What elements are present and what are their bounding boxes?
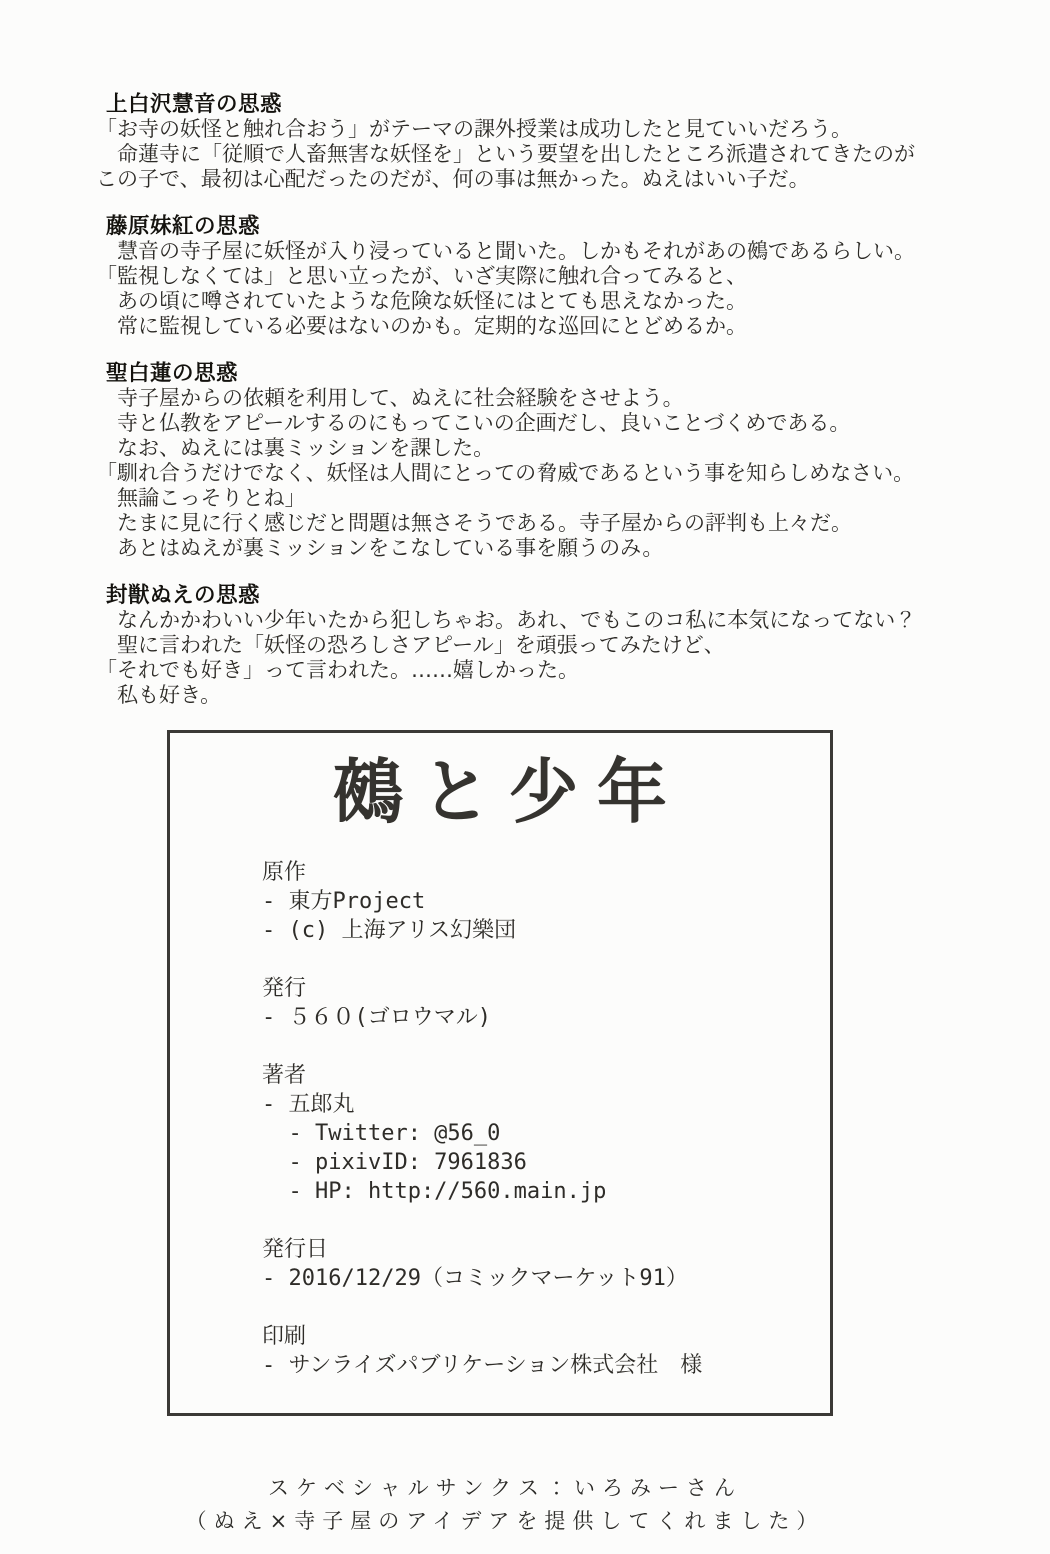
- special-thanks-line1: スケベシャルサンクス：いろみーさん: [0, 1472, 1010, 1505]
- text-line: あの頃に噂されていたような危険な妖怪にはとても思えなかった。: [96, 289, 996, 314]
- group-items: - 2016/12/29（コミックマーケット91）: [262, 1264, 830, 1293]
- colophon-line: - サンライズパブリケーション株式会社 様: [262, 1351, 830, 1380]
- section-body: 慧音の寺子屋に妖怪が入り浸っていると聞いた。しかもそれがあの鵺であるらしい。「監…: [96, 239, 996, 339]
- text-line: 命蓮寺に「従順で人畜無害な妖怪を」という要望を出したところ派遣されてきたのが: [96, 142, 996, 167]
- colophon-line: - 五郎丸: [262, 1090, 830, 1119]
- text-line: 「お寺の妖怪と触れ合おう」がテーマの課外授業は成功したと見ていいだろう。: [96, 117, 996, 142]
- colophon-line: - ５６０(ゴロウマル): [262, 1003, 830, 1032]
- text-line: この子で、最初は心配だったのだが、何の事は無かった。ぬえはいい子だ。: [96, 167, 996, 192]
- text-line: 私も好き。: [96, 683, 996, 708]
- book-title: 鵺と少年: [170, 753, 830, 830]
- group-items: - ５６０(ゴロウマル): [262, 1003, 830, 1032]
- group-items: - サンライズパブリケーション株式会社 様: [262, 1351, 830, 1380]
- group-label: 印刷: [262, 1322, 830, 1351]
- text-line: なんかかわいい少年いたから犯しちゃお。あれ、でもこのコ私に本気になってない？: [96, 608, 996, 633]
- colophon-line: - Twitter: @56_0: [262, 1119, 830, 1148]
- colophon-line: - 2016/12/29（コミックマーケット91）: [262, 1264, 830, 1293]
- text-line: たまに見に行く感じだと問題は無さそうである。寺子屋からの評判も上々だ。: [96, 511, 996, 536]
- group-label: 著者: [262, 1061, 830, 1090]
- colophon-group-author: 著者 - 五郎丸 - Twitter: @56_0 - pixivID: 796…: [262, 1061, 830, 1206]
- section-heading: 藤原妹紅の思惑: [96, 214, 996, 239]
- section-heading: 封獣ぬえの思惑: [96, 583, 996, 608]
- text-line: なお、ぬえには裏ミッションを課した。: [96, 436, 996, 461]
- text-line: 無論こっそりとね」: [96, 486, 996, 511]
- colophon-line: - pixivID: 7961836: [262, 1148, 830, 1177]
- colophon-line: - HP: http://560.main.jp: [262, 1177, 830, 1206]
- section-body: なんかかわいい少年いたから犯しちゃお。あれ、でもこのコ私に本気になってない？ 聖…: [96, 608, 996, 708]
- special-thanks: スケベシャルサンクス：いろみーさん （ぬえ×寺子屋のアイデアを提供してくれました…: [0, 1472, 1010, 1538]
- colophon-line: - 東方Project: [262, 887, 830, 916]
- text-line: 常に監視している必要はないのかも。定期的な巡回にとどめるか。: [96, 314, 996, 339]
- group-label: 発行日: [262, 1235, 830, 1264]
- group-label: 原作: [262, 858, 830, 887]
- text-line: 「それでも好き」って言われた。……嬉しかった。: [96, 658, 996, 683]
- section-mokou: 藤原妹紅の思惑 慧音の寺子屋に妖怪が入り浸っていると聞いた。しかもそれがあの鵺で…: [96, 214, 996, 339]
- colophon-group-publication-date: 発行日 - 2016/12/29（コミックマーケット91）: [262, 1235, 830, 1293]
- special-thanks-line2: （ぬえ×寺子屋のアイデアを提供してくれました）: [0, 1505, 1010, 1538]
- text-line: 「馴れ合うだけでなく、妖怪は人間にとっての脅威であるという事を知らしめなさい。: [96, 461, 996, 486]
- group-items: - 東方Project- (c) 上海アリス幻樂団: [262, 887, 830, 945]
- doujinshi-afterword-page: 上白沢慧音の思惑 「お寺の妖怪と触れ合おう」がテーマの課外授業は成功したと見てい…: [0, 0, 1050, 1554]
- section-body: 寺子屋からの依頼を利用して、ぬえに社会経験をさせよう。 寺と仏教をアピールするの…: [96, 386, 996, 561]
- text-line: 寺子屋からの依頼を利用して、ぬえに社会経験をさせよう。: [96, 386, 996, 411]
- section-nue: 封獣ぬえの思惑 なんかかわいい少年いたから犯しちゃお。あれ、でもこのコ私に本気に…: [96, 583, 996, 708]
- section-byakuren: 聖白蓮の思惑 寺子屋からの依頼を利用して、ぬえに社会経験をさせよう。 寺と仏教を…: [96, 361, 996, 561]
- afterword-text-block: 上白沢慧音の思惑 「お寺の妖怪と触れ合おう」がテーマの課外授業は成功したと見てい…: [96, 92, 996, 730]
- colophon-group-printer: 印刷 - サンライズパブリケーション株式会社 様: [262, 1322, 830, 1380]
- text-line: 「監視しなくては」と思い立ったが、いざ実際に触れ合ってみると、: [96, 264, 996, 289]
- colophon-line: - (c) 上海アリス幻樂団: [262, 916, 830, 945]
- section-keine: 上白沢慧音の思惑 「お寺の妖怪と触れ合おう」がテーマの課外授業は成功したと見てい…: [96, 92, 996, 192]
- group-items: - 五郎丸 - Twitter: @56_0 - pixivID: 796183…: [262, 1090, 830, 1206]
- text-line: 寺と仏教をアピールするのにもってこいの企画だし、良いことづくめである。: [96, 411, 996, 436]
- text-line: あとはぬえが裏ミッションをこなしている事を願うのみ。: [96, 536, 996, 561]
- text-line: 慧音の寺子屋に妖怪が入り浸っていると聞いた。しかもそれがあの鵺であるらしい。: [96, 239, 996, 264]
- text-line: 聖に言われた「妖怪の恐ろしさアピール」を頑張ってみたけど、: [96, 633, 996, 658]
- section-heading: 聖白蓮の思惑: [96, 361, 996, 386]
- group-label: 発行: [262, 974, 830, 1003]
- colophon-groups: 原作 - 東方Project- (c) 上海アリス幻樂団 発行 - ５６０(ゴロ…: [262, 858, 830, 1380]
- section-heading: 上白沢慧音の思惑: [96, 92, 996, 117]
- colophon-box: 鵺と少年 原作 - 東方Project- (c) 上海アリス幻樂団 発行 - ５…: [167, 730, 833, 1416]
- colophon-group-publisher: 発行 - ５６０(ゴロウマル): [262, 974, 830, 1032]
- colophon-group-original-work: 原作 - 東方Project- (c) 上海アリス幻樂団: [262, 858, 830, 945]
- section-body: 「お寺の妖怪と触れ合おう」がテーマの課外授業は成功したと見ていいだろう。 命蓮寺…: [96, 117, 996, 192]
